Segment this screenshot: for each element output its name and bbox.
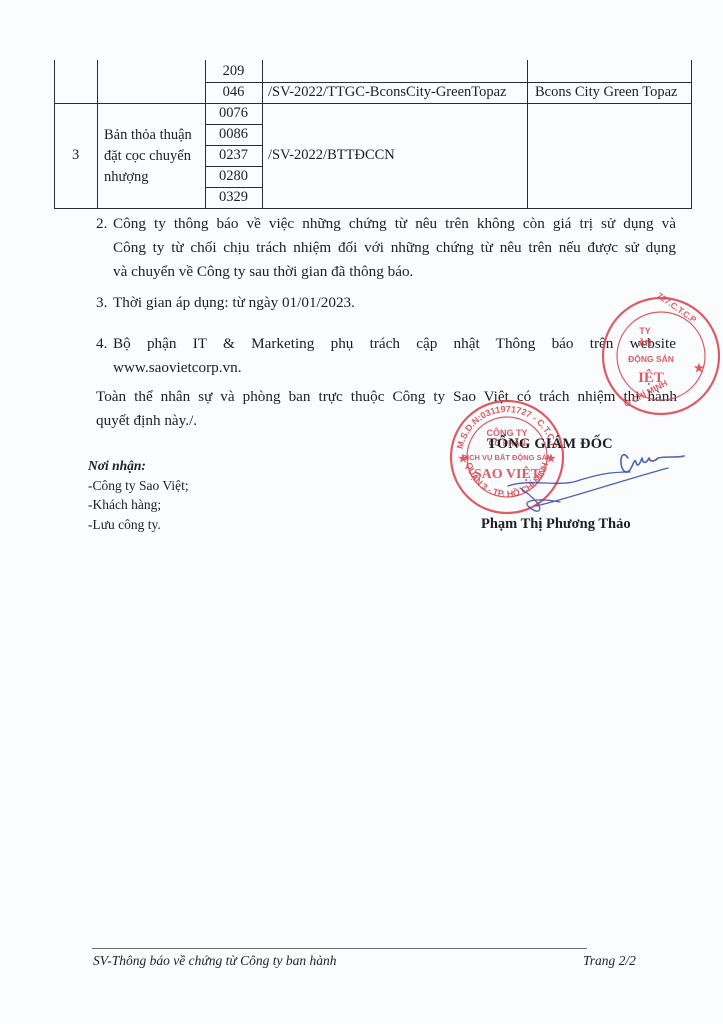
item-line: Bộ phận IT & Marketing phụ trách cập nhậ… xyxy=(96,332,676,356)
table-border-bottom xyxy=(54,208,692,209)
document-table: 209 046 /SV-2022/TTGC-BconsCity-GreenTop… xyxy=(54,60,691,208)
closing-paragraph: Toàn thể nhân sự và phòng ban trực thuộc… xyxy=(96,385,677,433)
doc-type-line: Bản thỏa thuận xyxy=(104,125,192,146)
table-cell-number: 0076 xyxy=(205,103,262,124)
table-cell-number: 0237 xyxy=(205,145,262,166)
table-cell-code: /SV-2022/TTGC-BconsCity-GreenTopaz xyxy=(268,82,506,103)
signatory-name: Phạm Thị Phương Thảo xyxy=(481,516,631,533)
footer-title: SV-Thông báo về chứng từ Công ty ban hàn… xyxy=(93,953,336,969)
table-col-divider xyxy=(97,60,98,208)
table-border-left xyxy=(54,60,55,208)
closing-line: Toàn thể nhân sự và phòng ban trực thuộc… xyxy=(96,385,677,409)
item-line: Công ty từ chối chịu trách nhiệm đối với… xyxy=(96,236,676,260)
svg-text:QUẬN 3 - TP. HỒ CHÍ MINH: QUẬN 3 - TP. HỒ CHÍ MINH xyxy=(464,461,550,499)
recipient-item: -Công ty Sao Việt; xyxy=(88,476,189,496)
item-2: 2. Công ty thông báo về việc những chứng… xyxy=(96,212,676,284)
document-page: 209 046 /SV-2022/TTGC-BconsCity-GreenTop… xyxy=(0,0,723,1024)
closing-line: quyết định này./. xyxy=(96,409,677,433)
item-number: 2. xyxy=(96,212,107,236)
recipients-heading: Nơi nhận: xyxy=(88,456,189,476)
item-3: 3. Thời gian áp dụng: từ ngày 01/01/2023… xyxy=(96,291,676,315)
doc-type-line: nhượng xyxy=(104,167,192,188)
svg-text:SAO VIỆT: SAO VIỆT xyxy=(474,465,541,482)
table-cell-index: 3 xyxy=(72,145,79,166)
recipient-item: -Lưu công ty. xyxy=(88,515,189,535)
table-cell-code: /SV-2022/BTTĐCCN xyxy=(268,145,395,166)
svg-text:★: ★ xyxy=(694,361,705,375)
item-number: 3. xyxy=(96,291,107,315)
signatory-title: TỔNG GIÁM ĐỐC xyxy=(487,436,613,453)
page-number: Trang 2/2 xyxy=(583,953,636,969)
svg-text:★: ★ xyxy=(458,453,468,465)
table-cell-number: 209 xyxy=(205,61,262,82)
item-line: Thời gian áp dụng: từ ngày 01/01/2023. xyxy=(96,291,676,315)
item-4: 4. Bộ phận IT & Marketing phụ trách cập … xyxy=(96,332,676,380)
footer-rule xyxy=(92,948,587,949)
table-row-divider xyxy=(54,103,692,104)
table-cell-number: 046 xyxy=(205,82,262,103)
recipient-item: -Khách hàng; xyxy=(88,495,189,515)
table-cell-project: Bcons City Green Topaz xyxy=(535,82,677,103)
item-line: và chuyển về Công ty sau thời gian đã th… xyxy=(96,260,676,284)
svg-text:★: ★ xyxy=(546,453,556,465)
table-cell-number: 0280 xyxy=(205,166,262,187)
table-cell-doc-type: Bản thỏa thuận đặt cọc chuyển nhượng xyxy=(104,125,192,188)
table-cell-number: 0086 xyxy=(205,124,262,145)
svg-text:DỊCH VỤ BẤT ĐỘNG SẢN: DỊCH VỤ BẤT ĐỘNG SẢN xyxy=(462,452,553,462)
item-line: www.saovietcorp.vn. xyxy=(96,356,676,380)
doc-type-line: đặt cọc chuyển xyxy=(104,146,192,167)
item-line: Công ty thông báo về việc những chứng từ… xyxy=(96,212,676,236)
table-cell-number: 0329 xyxy=(205,187,262,208)
item-number: 4. xyxy=(96,332,107,356)
recipients-block: Nơi nhận: -Công ty Sao Việt; -Khách hàng… xyxy=(88,456,189,534)
